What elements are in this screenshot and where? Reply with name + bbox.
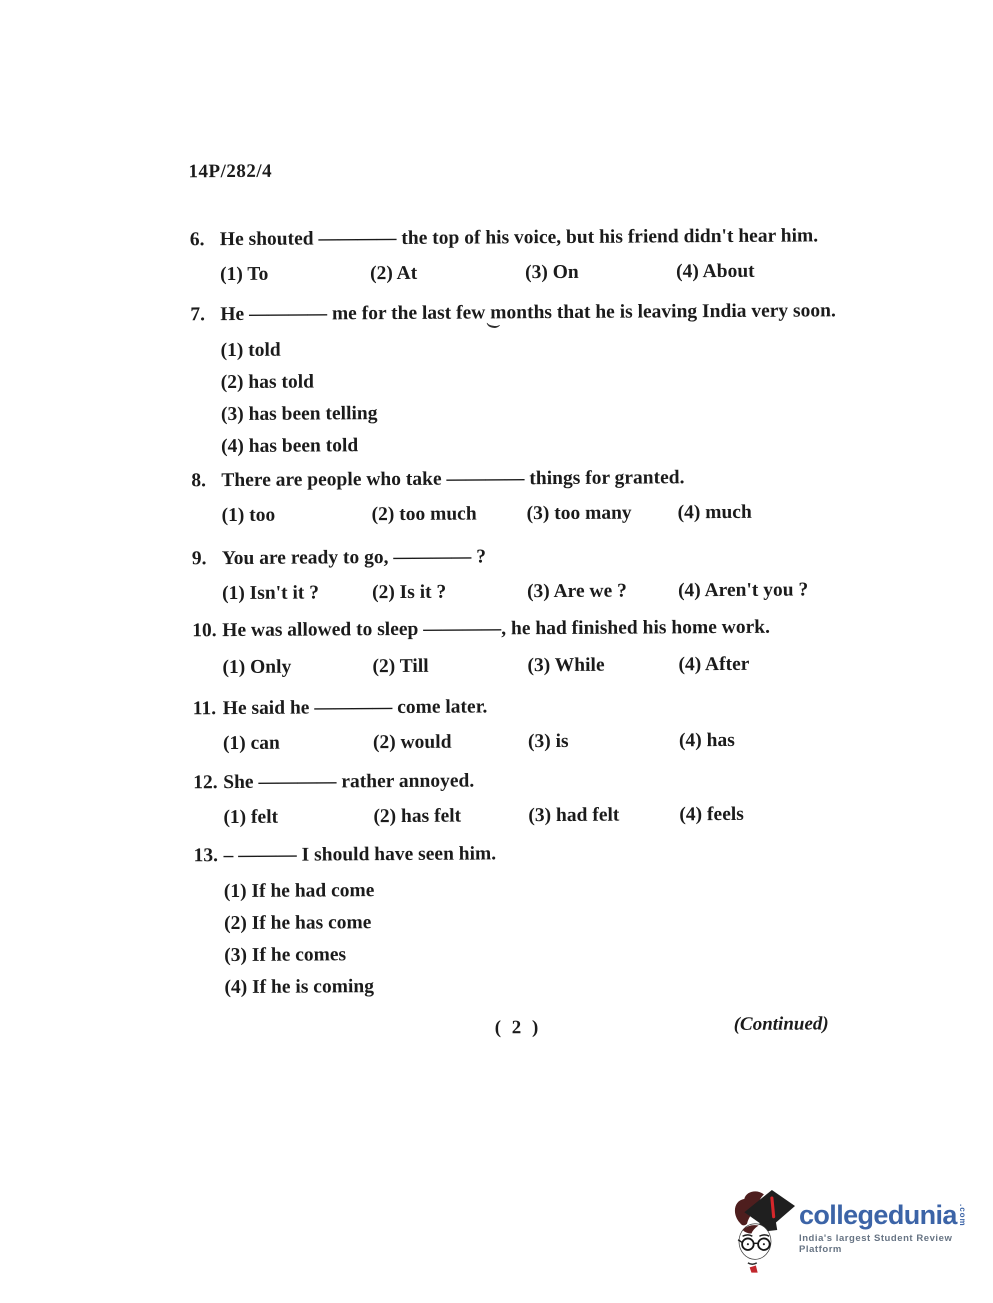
scanned-page: 14P/282/4 6. He shouted ———— the top of … bbox=[0, 0, 993, 1303]
question-text: She ———— rather annoyed. bbox=[223, 768, 913, 794]
option-3: (3) is bbox=[528, 730, 679, 753]
option-2: (2) has told bbox=[221, 368, 911, 394]
question-number: 8. bbox=[191, 470, 221, 492]
question-text: – ——— I should have seen him. bbox=[224, 841, 914, 867]
question-11: 11. He said he ———— come later. (1) can … bbox=[193, 694, 913, 755]
question-text: He ———— me for the last few months that … bbox=[220, 300, 910, 326]
options-row: (1) can (2) would (3) is (4) has bbox=[223, 729, 913, 755]
option-4: (4) feels bbox=[679, 803, 913, 826]
question-text: You are ready to go, ———— ? bbox=[222, 544, 912, 570]
option-2: (2) At bbox=[370, 262, 525, 285]
option-4: (4) About bbox=[676, 260, 910, 283]
option-1: (1) too bbox=[222, 504, 372, 527]
brand-name: collegedunia bbox=[799, 1200, 957, 1230]
option-1: (1) told bbox=[220, 336, 910, 362]
question-number: 13. bbox=[194, 845, 224, 867]
option-3: (3) While bbox=[527, 654, 678, 677]
question-number: 7. bbox=[190, 304, 220, 326]
option-4: (4) has been told bbox=[221, 432, 911, 458]
option-2: (2) has felt bbox=[373, 805, 528, 828]
paper-code: 14P/282/4 bbox=[188, 161, 272, 184]
options-row: (1) Only (2) Till (3) While (4) After bbox=[222, 653, 912, 679]
page-number: ( 2 ) bbox=[495, 1017, 542, 1039]
option-3: (3) If he comes bbox=[224, 941, 914, 967]
option-4: (4) After bbox=[678, 653, 912, 676]
question-9: 9. You are ready to go, ———— ? (1) Isn't… bbox=[192, 544, 912, 605]
question-7: 7. He ———— me for the last few months th… bbox=[190, 300, 911, 468]
option-2: (2) would bbox=[373, 731, 528, 754]
option-1: (1) If he had come bbox=[224, 877, 914, 903]
option-1: (1) To bbox=[220, 263, 370, 286]
options-list: (1) If he had come (2) If he has come (3… bbox=[224, 877, 915, 999]
question-number: 12. bbox=[193, 772, 223, 794]
option-2: (2) Is it ? bbox=[372, 581, 527, 604]
question-10: 10. He was allowed to sleep ————, he had… bbox=[192, 616, 912, 679]
option-3: (3) had felt bbox=[528, 804, 679, 827]
options-row: (1) felt (2) has felt (3) had felt (4) f… bbox=[223, 803, 913, 829]
question-text: He shouted ———— the top of his voice, bu… bbox=[220, 225, 910, 251]
question-text: He was allowed to sleep ————, he had fin… bbox=[222, 616, 912, 642]
option-4: (4) much bbox=[677, 501, 911, 524]
option-3: (3) has been telling bbox=[221, 400, 911, 426]
question-6: 6. He shouted ———— the top of his voice,… bbox=[190, 225, 910, 286]
option-1: (1) felt bbox=[223, 806, 373, 829]
question-number: 11. bbox=[193, 698, 223, 720]
option-4: (4) Aren't you ? bbox=[678, 579, 912, 602]
continued-label: (Continued) bbox=[734, 1013, 829, 1036]
brand-tld: .com bbox=[958, 1204, 967, 1227]
question-12: 12. She ———— rather annoyed. (1) felt (2… bbox=[193, 768, 913, 829]
graduate-mascot-icon bbox=[731, 1184, 795, 1276]
option-1: (1) Isn't it ? bbox=[222, 582, 372, 605]
option-3: (3) On bbox=[525, 261, 676, 284]
question-number: 9. bbox=[192, 548, 222, 570]
option-1: (1) can bbox=[223, 732, 373, 755]
option-3: (3) too many bbox=[526, 502, 677, 525]
option-4: (4) has bbox=[679, 729, 913, 752]
options-row: (1) too (2) too much (3) too many (4) mu… bbox=[222, 501, 912, 527]
options-row: (1) Isn't it ? (2) Is it ? (3) Are we ? … bbox=[222, 579, 912, 605]
question-number: 10. bbox=[192, 620, 222, 642]
question-text: He said he ———— come later. bbox=[223, 694, 913, 720]
question-text: There are people who take ———— things fo… bbox=[221, 466, 911, 492]
logo-text: collegedunia .com India's largest Studen… bbox=[799, 1200, 993, 1255]
option-1: (1) Only bbox=[222, 656, 372, 679]
option-2: (2) too much bbox=[371, 503, 526, 526]
brand-tagline: India's largest Student Review Platform bbox=[799, 1233, 993, 1255]
collegedunia-logo: collegedunia .com India's largest Studen… bbox=[731, 1184, 993, 1276]
option-4: (4) If he is coming bbox=[224, 973, 914, 999]
options-list: (1) told (2) has told (3) has been telli… bbox=[220, 336, 911, 458]
options-row: (1) To (2) At (3) On (4) About bbox=[220, 260, 910, 286]
question-8: 8. There are people who take ———— things… bbox=[191, 466, 911, 527]
option-2: (2) Till bbox=[372, 655, 527, 678]
question-number: 6. bbox=[190, 229, 220, 251]
option-3: (3) Are we ? bbox=[527, 580, 678, 603]
question-13: 13. – ——— I should have seen him. (1) If… bbox=[194, 841, 915, 1009]
option-2: (2) If he has come bbox=[224, 909, 914, 935]
